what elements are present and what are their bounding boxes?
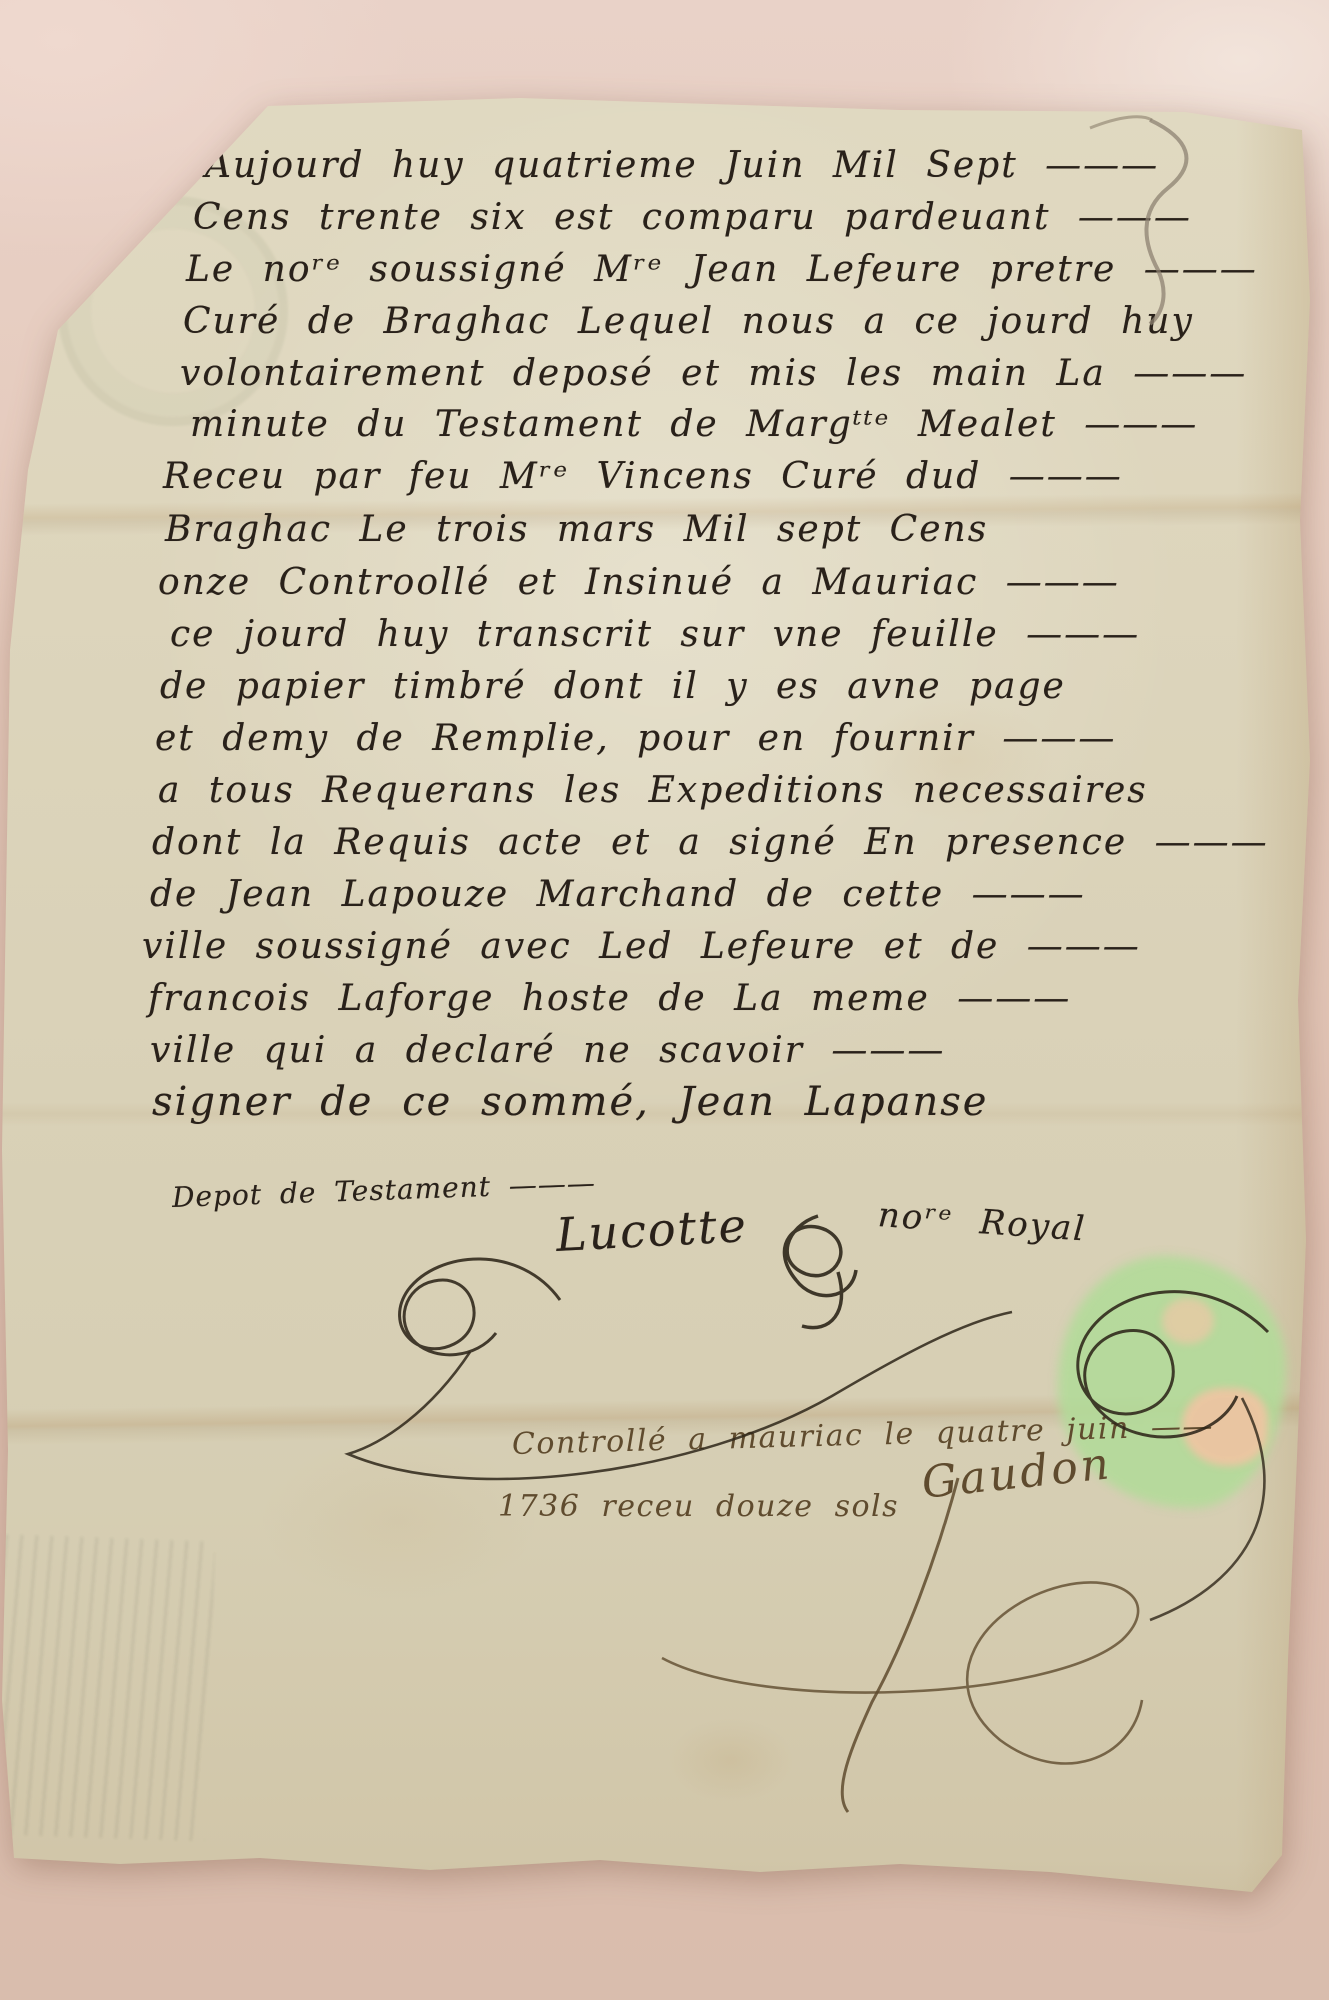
corner-crease-mark <box>1090 117 1152 128</box>
text-line: signer de ce sommé, Jean Lapanse <box>152 1082 988 1122</box>
text-line: Curé de Braghac Lequel nous a ce jourd h… <box>183 304 1194 340</box>
text-line: ville qui a declaré ne scavoir ——— <box>150 1033 945 1069</box>
text-line: ville soussigné avec Led Lefeure et de —… <box>142 929 1141 965</box>
notary-title: noʳᵉ Royal <box>877 1198 1087 1246</box>
ink-bleedthrough-text <box>0 1534 215 1841</box>
peach-stain-small <box>1162 1298 1214 1344</box>
text-line: Braghac Le trois mars Mil sept Cens <box>165 512 988 548</box>
text-line: Cens trente six est comparu pardeuant ——… <box>193 200 1192 236</box>
notary-signature: Lucotte <box>555 1202 749 1258</box>
margin-note: Depot de Testament ——— <box>172 1169 597 1212</box>
text-line: dont la Requis acte et a signé En presen… <box>152 825 1269 861</box>
text-line: ce jourd huy transcrit sur vne feuille —… <box>170 617 1140 653</box>
gaudon-flourish-loop <box>662 1582 1142 1763</box>
text-line: Le noʳᵉ soussigné Mʳᵉ Jean Lefeure pretr… <box>186 252 1258 288</box>
notary-paraph <box>784 1216 856 1328</box>
manuscript-paper-wrap: Aujourd huy quatrieme Juin Mil Sept ——— … <box>0 0 1329 2000</box>
text-line: volontairement deposé et mis les main La… <box>180 356 1247 392</box>
text-line: Receu par feu Mʳᵉ Vincens Curé dud ——— <box>163 459 1123 495</box>
text-line: francois Laforge hoste de La meme ——— <box>148 981 1071 1017</box>
paraph-flourish-left <box>400 1259 560 1355</box>
text-line: a tous Requerans les Expeditions necessa… <box>158 773 1148 809</box>
text-line: et demy de Remplie, pour en fournir ——— <box>155 721 1116 757</box>
control-note-line2: 1736 receu douze sols <box>498 1492 899 1522</box>
manuscript-paper: Aujourd huy quatrieme Juin Mil Sept ——— … <box>0 0 1329 2000</box>
gaudon-flourish-tail <box>842 1478 958 1812</box>
text-line: de Jean Lapouze Marchand de cette ——— <box>150 877 1086 913</box>
text-line: minute du Testament de Margᵗᵗᵉ Mealet ——… <box>190 407 1198 443</box>
photo-background: { "manuscript": { "lines": [ "Aujourd hu… <box>0 0 1329 2000</box>
text-line: Aujourd huy quatrieme Juin Mil Sept ——— <box>205 148 1159 184</box>
text-line: de papier timbré dont il y es avne page <box>160 669 1066 705</box>
text-line: onze Controollé et Insinué a Mauriac ——— <box>158 565 1120 601</box>
controller-signature: Gaudon <box>920 1442 1114 1506</box>
